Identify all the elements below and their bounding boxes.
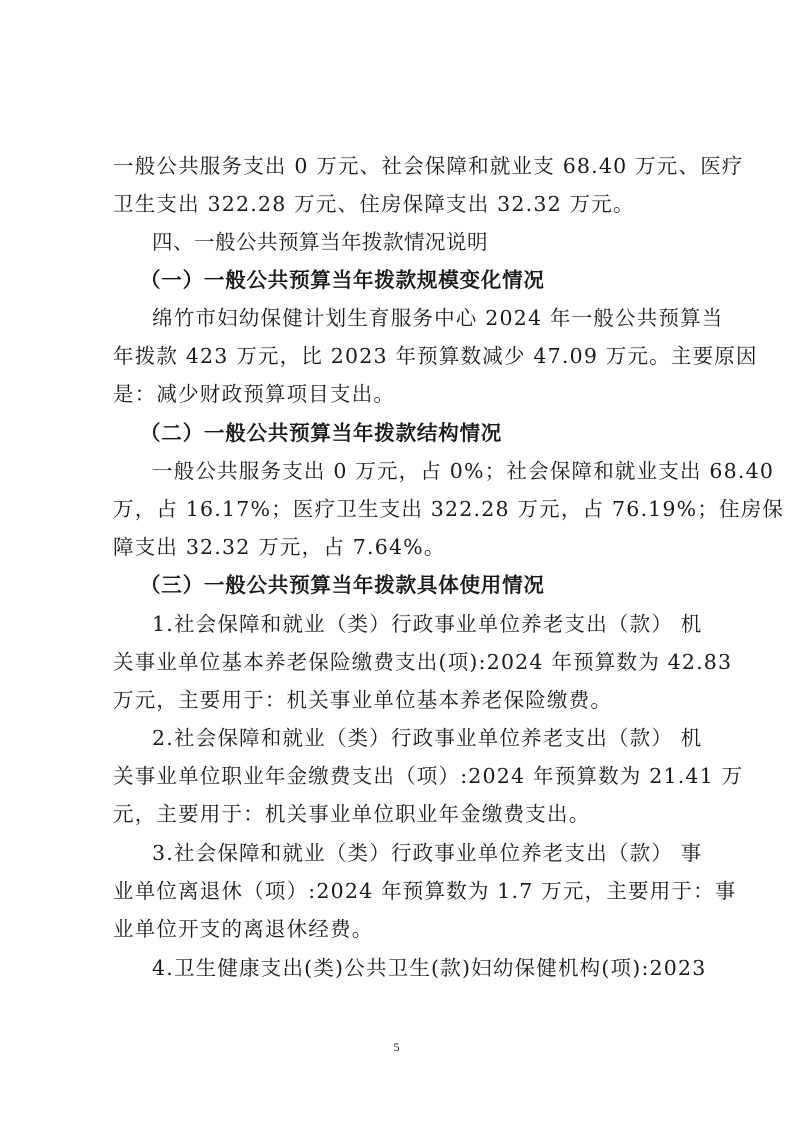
- list-item-line: 4.卫生健康支出(类)公共卫生(款)妇幼保健机构(项):2023: [152, 955, 742, 981]
- list-item-line: 2.社会保障和就业（类）行政事业单位养老支出（款） 机: [152, 725, 742, 751]
- document-page: 一般公共服务支出 0 万元、社会保障和就业支 68.40 万元、医疗 卫生支出 …: [0, 0, 793, 1122]
- paragraph-line: 是：减少财政预算项目支出。: [113, 381, 703, 407]
- list-item-line: 业单位开支的离退休经费。: [113, 916, 703, 942]
- list-item-line: 万元，主要用于：机关事业单位基本养老保险缴费。: [113, 687, 703, 713]
- paragraph-line: 万，占 16.17%；医疗卫生支出 322.28 万元，占 76.19%；住房保: [113, 496, 703, 522]
- paragraph-line: 年拨款 423 万元，比 2023 年预算数减少 47.09 万元。主要原因: [113, 343, 703, 369]
- subsection-heading: （二）一般公共预算当年拨款结构情况: [140, 420, 730, 446]
- paragraph-line: 绵竹市妇幼保健计划生育服务中心 2024 年一般公共预算当: [152, 305, 742, 331]
- paragraph-line: 一般公共服务支出 0 万元，占 0%；社会保障和就业支出 68.40: [152, 458, 742, 484]
- subsection-heading: （三）一般公共预算当年拨款具体使用情况: [140, 572, 730, 598]
- list-item-line: 1.社会保障和就业（类）行政事业单位养老支出（款） 机: [152, 611, 742, 637]
- list-item-line: 元，主要用于：机关事业单位职业年金缴费支出。: [113, 801, 703, 827]
- page-number: 5: [0, 1040, 793, 1055]
- section-heading: 四、一般公共预算当年拨款情况说明: [152, 229, 742, 255]
- subsection-heading: （一）一般公共预算当年拨款规模变化情况: [140, 267, 730, 293]
- paragraph-line: 卫生支出 322.28 万元、住房保障支出 32.32 万元。: [113, 191, 703, 217]
- list-item-line: 关事业单位基本养老保险缴费支出(项):2024 年预算数为 42.83: [113, 649, 703, 675]
- list-item-line: 关事业单位职业年金缴费支出（项）:2024 年预算数为 21.41 万: [113, 763, 703, 789]
- paragraph-line: 障支出 32.32 万元，占 7.64%。: [113, 534, 703, 560]
- paragraph-line: 一般公共服务支出 0 万元、社会保障和就业支 68.40 万元、医疗: [113, 153, 703, 179]
- list-item-line: 业单位离退休（项）:2024 年预算数为 1.7 万元，主要用于：事: [113, 878, 703, 904]
- list-item-line: 3.社会保障和就业（类）行政事业单位养老支出（款） 事: [152, 840, 742, 866]
